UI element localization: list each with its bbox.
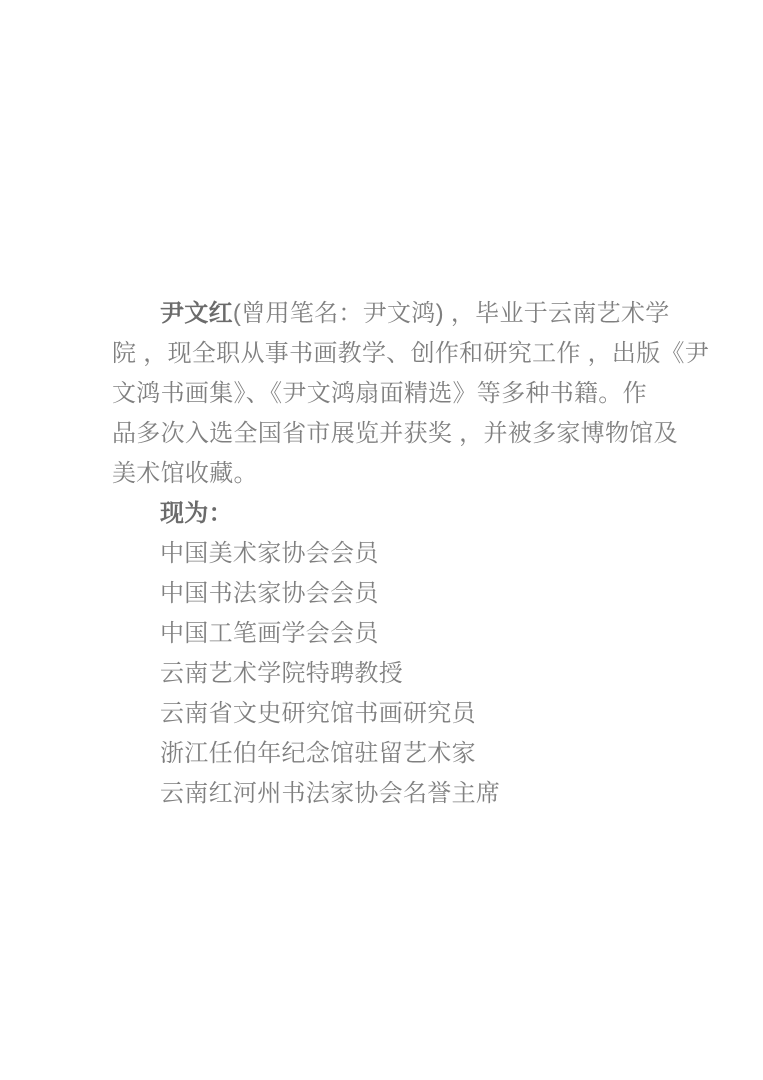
artist-name: 尹文红 [160,300,233,327]
credential-item-4: 云南艺术学院特聘教授 [112,654,657,694]
bio-text-block: 尹文红(曾用笔名：尹文鸿) ，毕业于云南艺术学 院 ，现全职从事书画教学、创作和… [112,294,657,814]
current-roles-label: 现为： [112,494,657,534]
credential-item-6: 浙江任伯年纪念馆驻留艺术家 [112,734,657,774]
bio-intro-line-3: 文鸿书画集》、《尹文鸿扇面精选》等多种书籍。作 [112,374,657,414]
credential-item-1: 中国美术家协会会员 [112,534,657,574]
credential-item-7: 云南红河州书法家协会名誉主席 [112,774,657,814]
bio-intro-line-5: 美术馆收藏。 [112,454,657,494]
credential-item-3: 中国工笔画学会会员 [112,614,657,654]
bio-intro-line-4: 品多次入选全国省市展览并获奖 ，并被多家博物馆及 [112,414,657,454]
bio-intro-line-1-text: (曾用笔名：尹文鸿) ，毕业于云南艺术学 [233,300,670,327]
document-page: 尹文红(曾用笔名：尹文鸿) ，毕业于云南艺术学 院 ，现全职从事书画教学、创作和… [0,0,763,1080]
bio-intro-line-1: 尹文红(曾用笔名：尹文鸿) ，毕业于云南艺术学 [112,294,657,334]
bio-intro-line-2: 院 ，现全职从事书画教学、创作和研究工作 ，出版《尹 [112,334,657,374]
credential-item-2: 中国书法家协会会员 [112,574,657,614]
credential-item-5: 云南省文史研究馆书画研究员 [112,694,657,734]
